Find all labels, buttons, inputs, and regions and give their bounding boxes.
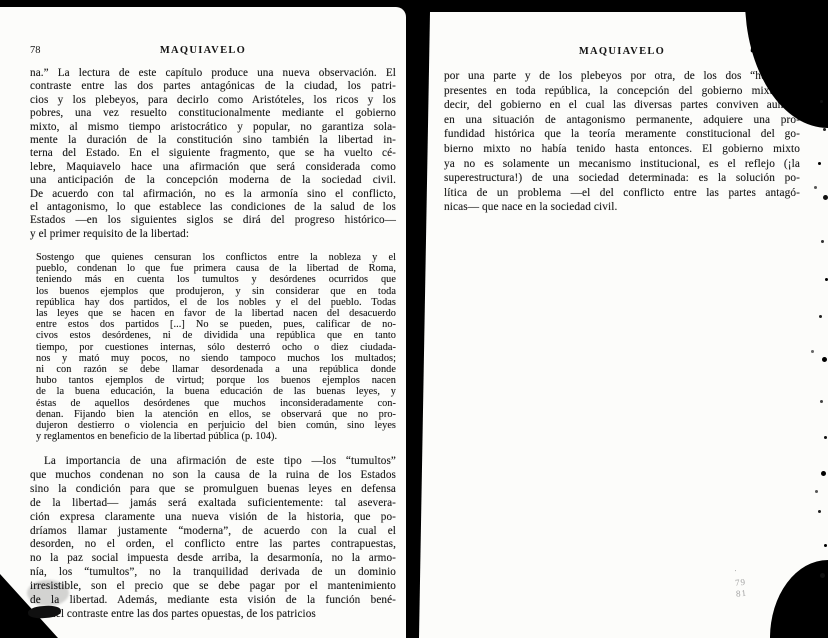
left-page: 78 MAQUIAVELO na.” La lectura de este ca…	[0, 7, 406, 638]
text-line: de la buena educación, la buena educació…	[36, 386, 396, 397]
text-line: civos estos desórdenes, ni de dividida u…	[36, 330, 396, 341]
text-line: na.” La lectura de este capítulo produce…	[30, 67, 396, 80]
text-line: ya no es solamente un mecanismo instituc…	[444, 157, 800, 172]
text-line: denan. Fijando bien la atención en ellos…	[36, 409, 396, 420]
text-line: entre estos dos partidos [...] No se pue…	[36, 319, 396, 330]
text-line: 81	[736, 585, 777, 600]
text-line: contraste entre las dos partes antagónic…	[30, 80, 396, 93]
text-line: los buenos ejemplos que produjeron, y si…	[36, 286, 396, 297]
text-line: una anticipación de la concepción modern…	[30, 174, 396, 187]
text-line: nos y mató muy pocos, no siendo tampoco …	[36, 353, 396, 364]
text-line: república hay dos partidos, el de los no…	[36, 297, 396, 308]
text-line: decir, del gobierno en el cual las diver…	[444, 98, 800, 113]
scan-smear-bottom-left	[27, 580, 69, 606]
text-line: y reglamentos en beneficio de la liberta…	[36, 431, 396, 442]
text-line: Estados —en los siguientes siglos se dir…	[30, 214, 396, 227]
text-line: nicas— que nace en la sociedad civil.	[444, 200, 800, 215]
text-line: bierno mixto no había tenido hasta enton…	[444, 142, 800, 157]
text-line: mente la duración de la constitución sin…	[30, 134, 396, 147]
text-line: sino la condición para que se promulguen…	[30, 483, 396, 497]
right-page: MAQUIAVELO por una parte y de los plebey…	[419, 12, 828, 638]
text-line: lebre, Maquiavelo hace una afirmación qu…	[30, 161, 396, 174]
text-line: mixto, al mismo tiempo aristocrático y p…	[30, 121, 396, 134]
text-line: desorden, no el orden, el conflicto entr…	[30, 538, 396, 552]
text-line: que muchos condenan no son la causa de l…	[30, 469, 396, 483]
left-paragraph-2: La importancia de una afirmación de este…	[30, 455, 396, 622]
text-line: fica del contraste entre las dos partes …	[30, 608, 396, 622]
scan-speckle-noise	[820, 100, 823, 103]
right-running-title: MAQUIAVELO	[444, 46, 800, 57]
left-running-title: MAQUIAVELO	[0, 45, 406, 56]
text-line: por una parte y de los plebeyos por otra…	[444, 69, 800, 84]
text-line: Sostengo que quienes censuran los confli…	[36, 252, 396, 263]
text-line: presentes en toda república, la concepci…	[444, 84, 800, 99]
text-line: de la libertad— jamás será exaltada sufi…	[30, 497, 396, 511]
text-line: el antagonismo, lo que establece las con…	[30, 201, 396, 214]
text-line: hubo tantos ejemplos de virtud; porque l…	[36, 375, 396, 386]
text-line: cios y los plebeyos, para decirlo como A…	[30, 94, 396, 107]
text-line: lítica de un problema —el del conflicto …	[444, 186, 800, 201]
text-line: teniendo más en cuenta los tumultos y de…	[36, 274, 396, 285]
text-line: las leyes que se hacen en favor de la li…	[36, 308, 396, 319]
text-line: De acuerdo con tal afirmación, no es la …	[30, 188, 396, 201]
pencil-margin-marks: ·7981	[734, 562, 777, 600]
text-line: pobres, una vez resuelto constitucionalm…	[30, 107, 396, 120]
text-line: no la paz social impuesta desde arriba, …	[30, 552, 396, 566]
text-line: superestructura!) de una sociedad determ…	[444, 171, 800, 186]
text-line: fundidad histórica que la teoría meramen…	[444, 127, 800, 142]
text-line: éstas de aquellos desórdenes que muchos …	[36, 398, 396, 409]
text-line: dujeron destierro o violencia en perjuic…	[36, 420, 396, 431]
right-paragraph: por una parte y de los plebeyos por otra…	[444, 69, 800, 215]
text-line: terna del Estado. En el siguiente fragme…	[30, 147, 396, 160]
obscured-right-page-number	[750, 43, 762, 53]
text-line: nía, los “tumultos”, no la tranquilidad …	[30, 566, 396, 580]
text-line: de la libertad. Además, mediante esta vi…	[30, 594, 396, 608]
text-line: ni con razón se debe llamar desordenada …	[36, 364, 396, 375]
text-line: en una situación de antagonismo permanen…	[444, 113, 800, 128]
text-line: dríamos llamar justamente “moderna”, de …	[30, 525, 396, 539]
text-line: tiempo, por cuestiones internas, sólo de…	[36, 342, 396, 353]
text-line: ción expresa claramente una nueva visión…	[30, 511, 396, 525]
text-line: pueblo, condenan lo que fue primera caus…	[36, 263, 396, 274]
text-line: La importancia de una afirmación de este…	[30, 455, 396, 469]
text-line: irresistible, son el precio que se debe …	[30, 580, 396, 594]
text-line: y el primer requisito de la libertad:	[30, 228, 396, 241]
left-paragraph-1: na.” La lectura de este capítulo produce…	[30, 67, 396, 241]
block-quote: Sostengo que quienes censuran los confli…	[36, 252, 396, 442]
